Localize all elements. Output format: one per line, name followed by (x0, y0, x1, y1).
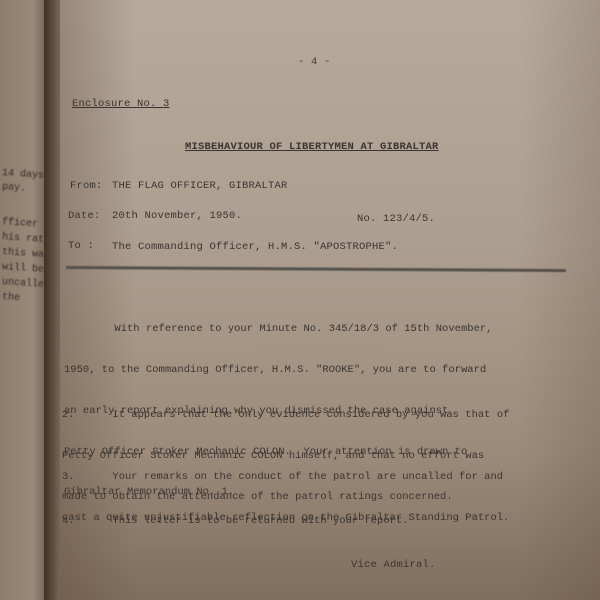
paragraph-line: 4. This letter is to be returned with yo… (62, 515, 409, 529)
left-page-fragment: will be (2, 262, 45, 276)
to-value: The Commanding Officer, H.M.S. "APOSTROP… (112, 241, 398, 253)
signature: Vice Admiral. (351, 559, 436, 571)
left-page-fragment: this wa (2, 247, 45, 261)
date-value: 20th November, 1950. (112, 210, 242, 222)
left-page-fragment: uncalle (2, 277, 45, 291)
paragraph-line: 1950, to the Commanding Officer, H.M.S. … (64, 364, 492, 378)
left-page-fragment: the (2, 292, 21, 304)
page-number: - 4 - (298, 56, 331, 68)
to-label: To : (68, 240, 94, 252)
from-value: THE FLAG OFFICER, GIBRALTAR (112, 180, 288, 192)
left-page-fragment: his rati (2, 232, 46, 246)
enclosure-label: Enclosure No. 3 (72, 98, 170, 110)
paragraph-4: 4. This letter is to be returned with yo… (62, 488, 409, 542)
reference-number: No. 123/4/5. (357, 213, 435, 225)
left-page-fragment: fficer (2, 217, 39, 230)
from-label: From: (70, 180, 103, 192)
left-page-fragment: pay. (2, 182, 27, 195)
paragraph-line: With reference to your Minute No. 345/18… (64, 323, 492, 337)
left-page: 14 days pay. fficer his rati this wa wil… (0, 0, 46, 600)
left-page-fragment: 14 days (2, 168, 45, 182)
paragraph-line: 2. It appears that the only evidence con… (62, 409, 509, 423)
date-label: Date: (68, 210, 101, 222)
paragraph-line: 3. Your remarks on the conduct of the pa… (62, 471, 509, 485)
document-title: MISBEHAVIOUR OF LIBERTYMEN AT GIBRALTAR (185, 141, 439, 153)
